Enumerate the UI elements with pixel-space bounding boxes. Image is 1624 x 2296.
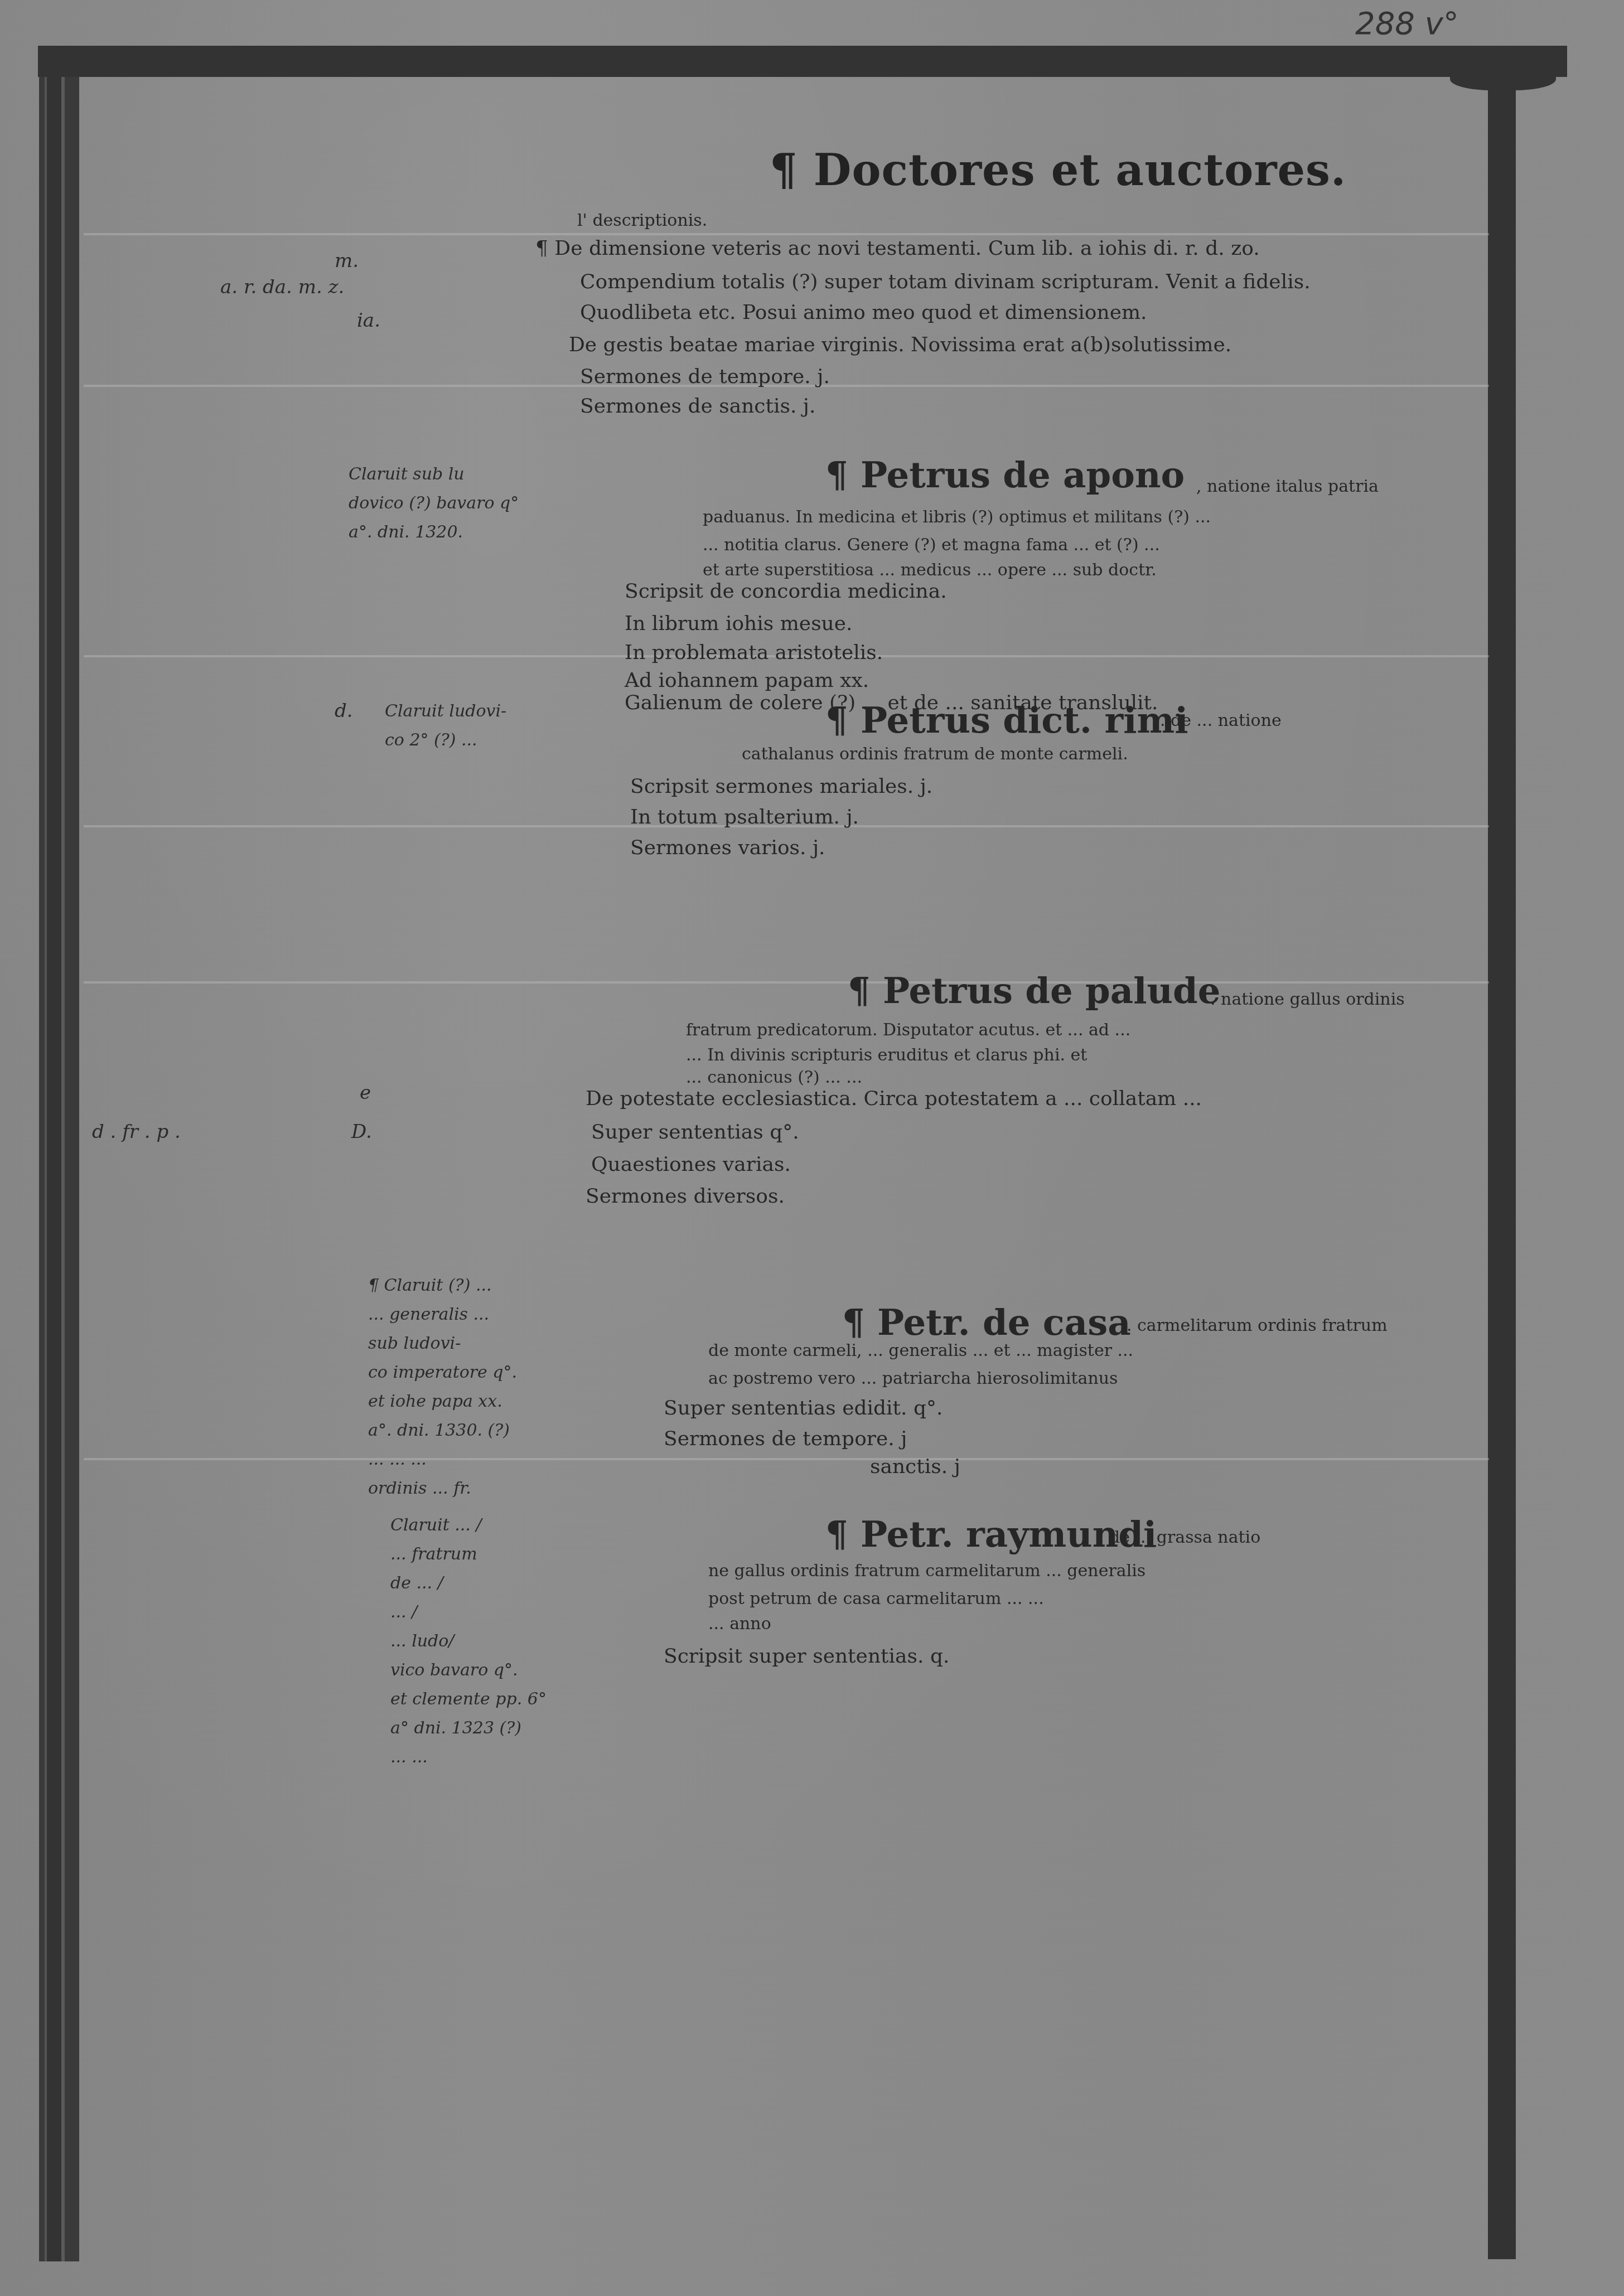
entry-line: Super sententias q°. [591, 1121, 799, 1144]
frame-right-border [1488, 77, 1516, 2259]
author-intro: et arte superstitiosa ... medicus ... op… [703, 560, 1157, 580]
margin-note: e [360, 1082, 371, 1104]
author-intro: ... anno [708, 1614, 771, 1634]
author-intro: , natione italus patria [1196, 477, 1379, 496]
frame-top-border [38, 46, 1567, 77]
margin-gloss: Claruit ... / ... fratrum de ... / ... /… [390, 1511, 547, 1772]
margin-note: m. [335, 250, 359, 272]
entry-line: Scripsit super sententias. q. [664, 1645, 949, 1668]
entry-line: Ad iohannem papam xx. [625, 669, 869, 692]
author-intro: . de ... grassa natio [1099, 1528, 1260, 1547]
author-name: ¶ Petrus dict. rimi [825, 700, 1188, 742]
entry-line: Sermones de sanctis. j. [580, 395, 815, 418]
folio-number: 288 v° [1355, 6, 1459, 42]
entry-line: Quaestiones varias. [591, 1153, 791, 1176]
author-intro: . de ... natione [1160, 711, 1282, 730]
author-intro: paduanus. In medicina et libris (?) opti… [703, 507, 1211, 527]
author-intro: . natione gallus ordinis [1210, 990, 1405, 1009]
entry-line: Quodlibeta etc. Posui animo meo quod et … [580, 301, 1147, 324]
author-name: ¶ Petr. de casa [842, 1302, 1131, 1344]
entry-line: sanctis. j [870, 1455, 960, 1478]
author-intro: ac postremo vero ... patriarcha hierosol… [708, 1369, 1118, 1388]
author-intro: de monte carmeli, ... generalis ... et .… [708, 1341, 1133, 1360]
entry-line: Scripsit de concordia medicina. [625, 580, 947, 603]
entry-line: Scripsit sermones mariales. j. [630, 775, 932, 798]
entry-line: Sermones de tempore. j. [580, 365, 830, 388]
margin-note: a. r. da. m. z. [220, 276, 344, 298]
margin-note: d . fr . p . [92, 1121, 181, 1143]
fold-line [84, 1458, 1489, 1460]
entry-line: De potestate ecclesiastica. Circa potest… [586, 1087, 1202, 1110]
entry-line: Sermones de tempore. j [664, 1427, 907, 1450]
author-intro: ne gallus ordinis fratrum carmelitarum .… [708, 1561, 1145, 1581]
entry-line: Sermones varios. j. [630, 836, 825, 859]
entry-line: Compendium totalis (?) super totam divin… [580, 270, 1311, 293]
author-intro: ... notitia clarus. Genere (?) et magna … [703, 535, 1160, 555]
entry-line: In problemata aristotelis. [625, 641, 883, 664]
margin-gloss: ¶ Claruit (?) ... ... generalis ... sub … [368, 1271, 517, 1503]
margin-note: D. [351, 1121, 372, 1143]
author-name: ¶ Petrus de palude [848, 970, 1221, 1012]
author-intro: ... In divinis scripturis eruditus et cl… [686, 1045, 1087, 1065]
entry-line: l' descriptionis. [577, 211, 707, 230]
frame-left-border [39, 77, 79, 2261]
page-title: ¶ Doctores et auctores. [770, 145, 1346, 196]
author-intro: cathalanus ordinis fratrum de monte carm… [742, 744, 1128, 764]
margin-gloss: Claruit sub lu dovico (?) bavaro q° a°. … [349, 460, 519, 547]
entry-line: In librum iohis mesue. [625, 612, 853, 635]
fold-line [84, 233, 1489, 235]
author-name: ¶ Petrus de apono [825, 454, 1185, 496]
margin-note: d. [335, 700, 353, 722]
author-intro: . carmelitarum ordinis fratrum [1127, 1316, 1388, 1335]
entry-line: In totum psalterium. j. [630, 806, 859, 829]
entry-line: ¶ De dimensione veteris ac novi testamen… [535, 237, 1260, 260]
author-intro: fratrum predicatorum. Disputator acutus.… [686, 1020, 1130, 1040]
margin-gloss: Claruit ludovi- co 2° (?) ... [385, 697, 506, 755]
entry-line: Sermones diversos. [586, 1185, 785, 1208]
entry-line: Super sententias edidit. q°. [664, 1397, 942, 1420]
author-intro: post petrum de casa carmelitarum ... ... [708, 1589, 1044, 1609]
margin-note: ia. [357, 309, 380, 332]
manuscript-page: 288 v° ¶ Doctores et auctores. l' descri… [0, 0, 1624, 2296]
author-intro: ... canonicus (?) ... ... [686, 1068, 862, 1087]
fold-line [84, 981, 1489, 984]
entry-line: De gestis beatae mariae virginis. Noviss… [569, 333, 1231, 356]
